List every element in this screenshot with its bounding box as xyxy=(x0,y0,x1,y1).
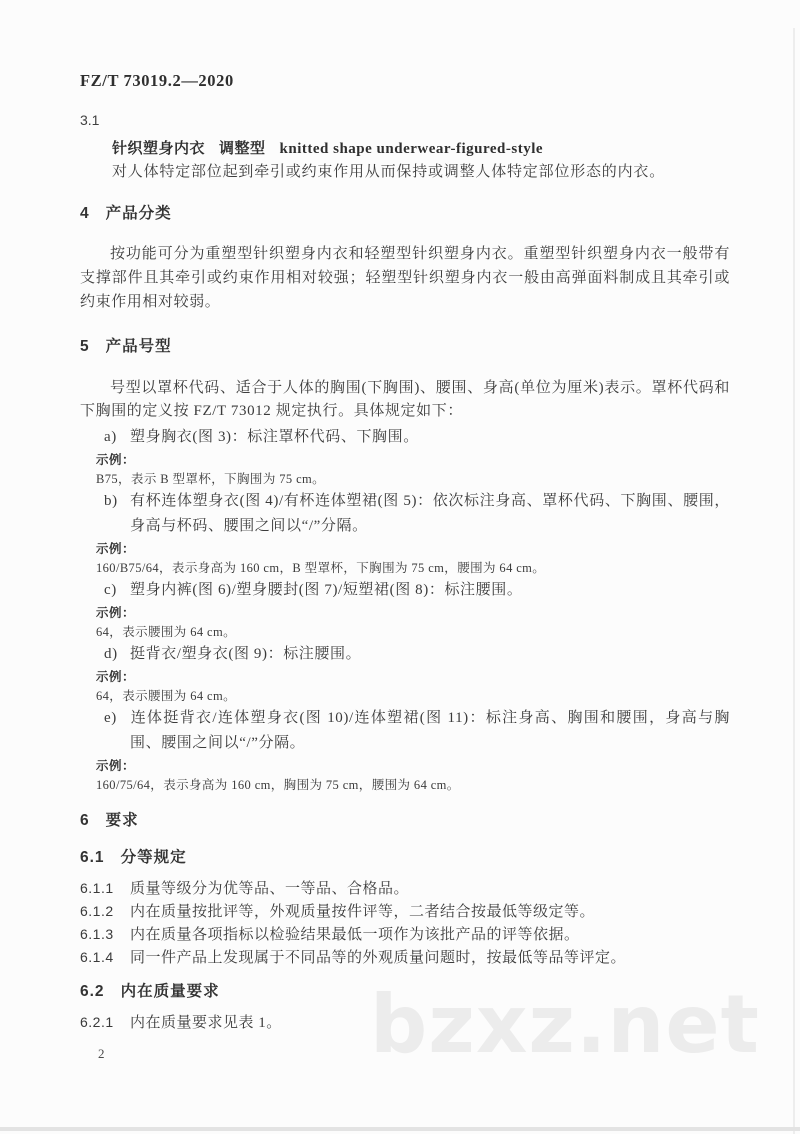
clause-row: 6.1.1质量等级分为优等品、一等品、合格品。 xyxy=(80,878,730,898)
list-item-a-text: 塑身胸衣(图 3)：标注罩杯代码、下胸围。 xyxy=(130,429,419,445)
section-6-heading: 6要求 xyxy=(80,808,730,829)
page-right-edge-line xyxy=(793,28,795,1134)
section-5-number: 5 xyxy=(80,338,90,355)
clause-row: 6.1.2内在质量按批评等，外观质量按件评等，二者结合按最低等级定等。 xyxy=(80,901,730,921)
section-6-2-number: 6.2 xyxy=(80,983,105,1000)
clause-3-1-number: 3.1 xyxy=(80,112,730,129)
list-item-b-text: 有杯连体塑身衣(图 4)/有杯连体塑裙(图 5)：依次标注身高、罩杯代码、下胸围… xyxy=(130,493,730,534)
list-item-b: b)有杯连体塑身衣(图 4)/有杯连体塑裙(图 5)：依次标注身高、罩杯代码、下… xyxy=(104,489,730,539)
term-definition-text: 对人体特定部位起到牵引或约束作用从而保持或调整人体特定部位形态的内衣。 xyxy=(112,160,730,180)
clause-number: 6.2.1 xyxy=(80,1012,130,1032)
page-bottom-edge-line xyxy=(0,1127,800,1131)
section-5-heading: 5产品号型 xyxy=(80,334,730,355)
clause-number: 6.1.4 xyxy=(80,947,130,967)
example-label: 示例： xyxy=(96,603,730,620)
clause-row: 6.2.1内在质量要求见表 1。 xyxy=(80,1012,730,1032)
list-item-e-text: 连体挺背衣/连体塑身衣(图 10)/连体塑裙(图 11)：标注身高、胸围和腰围，… xyxy=(130,710,730,751)
list-item-a-marker: a) xyxy=(104,425,130,450)
example-text-b: 160/B75/64，表示身高为 160 cm，B 型罩杯，下胸围为 75 cm… xyxy=(96,558,730,575)
example-label: 示例： xyxy=(96,539,730,556)
example-text-c: 64，表示腰围为 64 cm。 xyxy=(96,622,730,639)
example-text-a: B75，表示 B 型罩杯，下胸围为 75 cm。 xyxy=(96,469,730,486)
clause-number: 6.1.3 xyxy=(80,924,130,944)
example-text-e: 160/75/64，表示身高为 160 cm，胸围为 75 cm，腰围为 64 … xyxy=(96,775,730,792)
section-6-2-title: 内在质量要求 xyxy=(121,983,220,1000)
standard-number-header: FZ/T 73019.2—2020 xyxy=(80,71,730,91)
section-6-title: 要求 xyxy=(106,812,139,829)
term-definition-title: 针织塑身内衣调整型knitted shape underwear-figured… xyxy=(112,137,730,157)
term-type: 调整型 xyxy=(219,141,266,157)
section-5-intro: 号型以罩杯代码、适合于人体的胸围(下胸围)、腰围、身高(单位为厘米)表示。罩杯代… xyxy=(80,377,730,423)
page-content: FZ/T 73019.2—2020 3.1 针织塑身内衣调整型knitted s… xyxy=(80,0,730,1062)
section-4-title: 产品分类 xyxy=(106,205,172,222)
clause-row: 6.1.3内在质量各项指标以检验结果最低一项作为该批产品的评等依据。 xyxy=(80,924,730,944)
example-label: 示例： xyxy=(96,667,730,684)
list-item-d: d)挺背衣/塑身衣(图 9)：标注腰围。 xyxy=(104,642,730,667)
clause-text: 内在质量各项指标以检验结果最低一项作为该批产品的评等依据。 xyxy=(130,927,580,943)
list-item-a: a)塑身胸衣(图 3)：标注罩杯代码、下胸围。 xyxy=(104,425,730,450)
example-label: 示例： xyxy=(96,756,730,773)
list-item-b-marker: b) xyxy=(104,489,130,514)
list-item-d-text: 挺背衣/塑身衣(图 9)：标注腰围。 xyxy=(130,646,361,662)
clause-text: 同一件产品上发现属于不同品等的外观质量问题时，按最低等品等评定。 xyxy=(130,950,626,966)
page-number: 2 xyxy=(98,1046,730,1062)
clause-row: 6.1.4同一件产品上发现属于不同品等的外观质量问题时，按最低等品等评定。 xyxy=(80,947,730,967)
list-item-c: c)塑身内裤(图 6)/塑身腰封(图 7)/短塑裙(图 8)：标注腰围。 xyxy=(104,578,730,603)
example-label: 示例： xyxy=(96,450,730,467)
clause-number: 6.1.2 xyxy=(80,901,130,921)
list-item-c-text: 塑身内裤(图 6)/塑身腰封(图 7)/短塑裙(图 8)：标注腰围。 xyxy=(130,582,522,598)
section-6-1-heading: 6.1分等规定 xyxy=(80,845,730,866)
list-item-e: e)连体挺背衣/连体塑身衣(图 10)/连体塑裙(图 11)：标注身高、胸围和腰… xyxy=(104,706,730,756)
term-zh: 针织塑身内衣 xyxy=(112,141,205,157)
section-6-number: 6 xyxy=(80,812,90,829)
list-item-d-marker: d) xyxy=(104,642,130,667)
clause-text: 内在质量按批评等，外观质量按件评等，二者结合按最低等级定等。 xyxy=(130,904,595,920)
clause-text: 内在质量要求见表 1。 xyxy=(130,1015,282,1031)
document-page: bzxz.net FZ/T 73019.2—2020 3.1 针织塑身内衣调整型… xyxy=(0,0,800,1134)
section-4-paragraph: 按功能可分为重塑型针织塑身内衣和轻塑型针织塑身内衣。重塑型针织塑身内衣一般带有支… xyxy=(80,242,730,314)
list-item-e-marker: e) xyxy=(104,706,130,731)
clause-text: 质量等级分为优等品、一等品、合格品。 xyxy=(130,881,409,897)
section-4-heading: 4产品分类 xyxy=(80,201,730,222)
clause-number: 6.1.1 xyxy=(80,878,130,898)
section-6-1-number: 6.1 xyxy=(80,849,105,866)
section-5-title: 产品号型 xyxy=(106,338,172,355)
list-item-c-marker: c) xyxy=(104,578,130,603)
example-text-d: 64，表示腰围为 64 cm。 xyxy=(96,686,730,703)
section-6-1-title: 分等规定 xyxy=(121,849,187,866)
section-6-2-heading: 6.2内在质量要求 xyxy=(80,979,730,1000)
term-en: knitted shape underwear-figured-style xyxy=(280,141,544,157)
section-4-number: 4 xyxy=(80,205,90,222)
